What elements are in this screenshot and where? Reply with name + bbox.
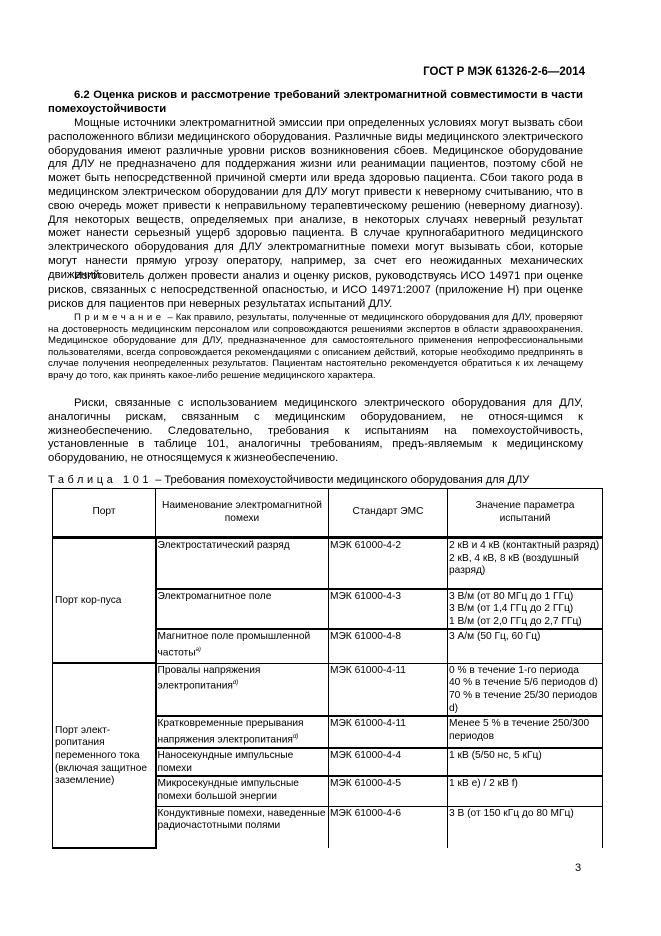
paragraph-risks-similarity: Риски, связанные с использованием медици… [48, 397, 583, 466]
value-cell: 3 В (от 150 кГц до 80 МГц) [448, 806, 603, 848]
standard-cell: МЭК 61000-4-3 [329, 589, 448, 630]
port-cell: Порт элект-ропитания переменного тока (в… [53, 663, 156, 848]
value-cell: 1 кВ (5/50 нс, 5 кГц) [448, 748, 603, 776]
phenomenon-cell: Наносекундные импульсные помехи [156, 748, 329, 776]
standard-cell: МЭК 61000-4-4 [329, 748, 448, 776]
document-id-header: ГОСТ Р МЭК 61326-2-6—2014 [423, 66, 585, 78]
immunity-requirements-table: Порт Наименование электромагнитной помех… [52, 488, 603, 849]
footnote-ref: d) [233, 680, 238, 686]
footnote-ref: d) [293, 734, 298, 740]
phenomenon-cell: Микросекундные импульсные помехи большой… [156, 776, 329, 806]
note-label: Примечание [74, 312, 165, 323]
header-test-value: Значение параметра испытаний [448, 489, 603, 538]
phenomenon-cell: Кондуктивные помехи, наведенные радиочас… [156, 806, 329, 848]
phenomenon-text: Кратковременные прерывания напряжения эл… [158, 718, 304, 745]
header-standard: Стандарт ЭМС [329, 489, 448, 538]
value-cell: 3 В/м (от 80 МГц до 1 ГГц) 3 В/м (от 1,4… [448, 589, 603, 630]
phenomenon-cell: Кратковременные прерывания напряжения эл… [156, 716, 329, 748]
phenomenon-cell: Электростатический разряд [156, 538, 329, 589]
value-cell: 2 кВ и 4 кВ (контактный разряд) 2 кВ, 4 … [448, 538, 603, 589]
standard-cell: МЭК 61000-4-11 [329, 716, 448, 748]
table-caption-text: – Требования помехоустойчивости медицинс… [152, 474, 529, 486]
phenomenon-cell: Электромагнитное поле [156, 589, 329, 630]
table-row: Порт элект-ропитания переменного тока (в… [53, 663, 603, 716]
footnote-ref: a) [196, 647, 201, 653]
table-caption: Таблица 101 – Требования помехоустойчиво… [48, 474, 529, 486]
standard-cell: МЭК 61000-4-8 [329, 629, 448, 663]
phenomenon-text: Провалы напряжения электропитания [158, 665, 261, 692]
paragraph-risk-analysis: Изготовитель должен провести анализ и оц… [48, 270, 583, 311]
port-cell: Порт кор-пуса [53, 538, 156, 664]
standard-cell: МЭК 61000-4-5 [329, 776, 448, 806]
section-title: 6.2 Оценка рисков и рассмотрение требова… [48, 89, 583, 117]
table-row: Порт кор-пуса Электростатический разряд … [53, 538, 603, 589]
standard-cell: МЭК 61000-4-11 [329, 663, 448, 716]
header-port: Порт [53, 489, 156, 538]
phenomenon-cell: Провалы напряжения электропитанияd) [156, 663, 329, 716]
value-cell: 3 А/м (50 Гц, 60 Гц) [448, 629, 603, 663]
value-cell: Менее 5 % в течение 250/300 периодов [448, 716, 603, 748]
standard-cell: МЭК 61000-4-2 [329, 538, 448, 589]
phenomenon-text: Магнитное поле промышленной частоты [158, 631, 311, 658]
value-cell: 0 % в течение 1-го периода 40 % в течени… [448, 663, 603, 716]
standard-cell: МЭК 61000-4-6 [329, 806, 448, 848]
header-phenomenon: Наименование электромагнитной помехи [156, 489, 329, 538]
phenomenon-cell: Магнитное поле промышленной частотыa) [156, 629, 329, 663]
document-page: ГОСТ Р МЭК 61326-2-6—2014 6.2 Оценка рис… [0, 0, 661, 936]
table-caption-label: Таблица 101 [48, 474, 152, 486]
table-header-row: Порт Наименование электромагнитной помех… [53, 489, 603, 538]
page-number: 3 [575, 862, 581, 874]
paragraph-emission-sources: Мощные источники электромагнитной эмисси… [48, 117, 583, 283]
note-paragraph: Примечание – Как правило, результаты, по… [48, 312, 583, 382]
value-cell: 1 кВ e) / 2 кВ f) [448, 776, 603, 806]
